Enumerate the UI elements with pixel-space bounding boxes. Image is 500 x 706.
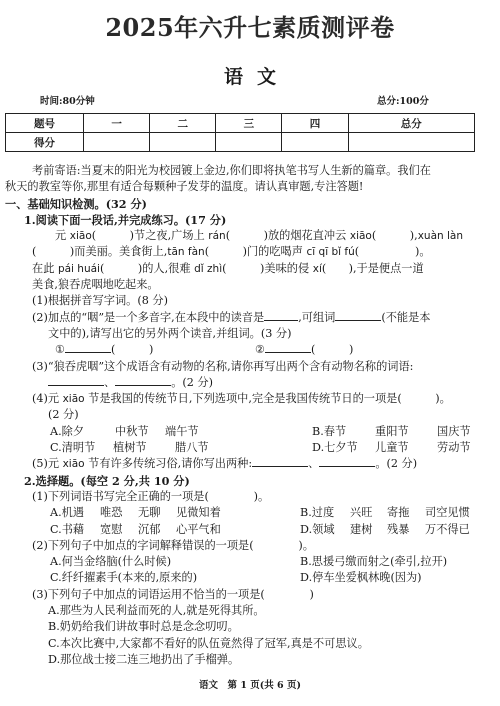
option-b[interactable]: B.过度 bbox=[300, 505, 334, 521]
pinyin: tān fàn bbox=[167, 246, 204, 258]
total-score: 总分:100分 bbox=[377, 93, 429, 107]
exam-title: 2025年六升七素质测评卷 bbox=[0, 8, 500, 43]
score-cell[interactable] bbox=[84, 133, 150, 152]
score-header-cell: 题号 bbox=[6, 114, 84, 133]
score-header-cell: 三 bbox=[216, 114, 282, 133]
option-c[interactable]: C.清明节 bbox=[50, 440, 95, 456]
score-header-cell: 四 bbox=[282, 114, 348, 133]
answer-blank[interactable] bbox=[264, 310, 298, 321]
score-cell[interactable] bbox=[348, 133, 475, 152]
answer-paren[interactable]: ( )放的烟花直冲云 bbox=[226, 229, 350, 242]
pinyin: xiāo bbox=[63, 393, 85, 405]
answer-paren[interactable]: ( ) bbox=[311, 343, 353, 356]
score-cell[interactable] bbox=[150, 133, 216, 152]
pinyin: xuàn làn bbox=[418, 230, 463, 242]
answer-blank[interactable] bbox=[115, 375, 171, 386]
subquestion-4-points: (2 分) bbox=[5, 407, 485, 423]
exam-page: 2025年六升七素质测评卷 语文 时间:80分钟 总分:100分 题号 一 二 … bbox=[0, 0, 500, 706]
option-d[interactable]: D.领域 bbox=[300, 522, 335, 538]
score-table-score-row: 得分 bbox=[6, 133, 475, 152]
option-c[interactable]: C.纤纤擢素手(本来的,原来的) bbox=[50, 570, 197, 586]
option-b[interactable]: B.奶奶给我们讲故事时总是念念叨叨。 bbox=[5, 619, 485, 635]
option-a[interactable]: A.何当金络脑(什么时候) bbox=[50, 554, 171, 570]
page-footer: 语文 第 1 页(共 6 页) bbox=[0, 677, 500, 691]
option-b[interactable]: B.春节 bbox=[312, 424, 346, 440]
answer-paren[interactable]: ( )的人,很难 bbox=[100, 262, 194, 275]
subquestion-2-cont: 文中的),请写出它的另外两个读音,并组词。(3 分) bbox=[5, 326, 485, 342]
answer-paren[interactable]: ( )美味的侵 bbox=[222, 262, 313, 275]
option-d[interactable]: D.那位战士接二连三地扔出了手榴弹。 bbox=[5, 652, 485, 668]
answer-blank[interactable] bbox=[48, 375, 104, 386]
answer-blank[interactable] bbox=[319, 456, 375, 467]
option-d[interactable]: D.七夕节 bbox=[312, 440, 358, 456]
choice-question-1: (1)下列词语书写完全正确的一项是( )。 bbox=[5, 489, 485, 505]
pinyin: rán bbox=[208, 230, 225, 242]
section-heading: 一、基础知识检测。(32 分) bbox=[5, 196, 485, 212]
option-row: C.清明节 植树节 腊八节 D.七夕节 儿童节 劳动节 bbox=[5, 440, 485, 456]
answer-paren[interactable]: ( )门的吃喝声 bbox=[205, 245, 307, 258]
answer-paren[interactable]: ( )节之夜,广场上 bbox=[92, 229, 209, 242]
pinyin: dǐ zhì bbox=[194, 263, 222, 275]
option-a[interactable]: A.机遇 bbox=[50, 505, 84, 521]
option-b[interactable]: B.思援弓缴而射之(牵引,拉开) bbox=[300, 554, 447, 570]
score-cell[interactable] bbox=[216, 133, 282, 152]
answer-paren[interactable]: ( )而美丽。美食街上, bbox=[32, 245, 167, 258]
score-row-label: 得分 bbox=[6, 133, 84, 152]
pinyin: cī qī bǐ fú bbox=[307, 246, 355, 258]
answer-blank[interactable] bbox=[265, 342, 311, 353]
question-heading: 2.选择题。(每空 2 分,共 10 分) bbox=[5, 473, 485, 489]
score-header-cell: 总分 bbox=[348, 114, 475, 133]
subquestion-2: (2)加点的“咽”是一个多音字,在本段中的读音是,可组词(不能是本 bbox=[5, 310, 485, 326]
score-table: 题号 一 二 三 四 总分 得分 bbox=[5, 113, 475, 152]
subquestion-1: (1)根据拼音写字词。(8 分) bbox=[5, 293, 485, 309]
pinyin: pái huái bbox=[58, 263, 100, 275]
option-d[interactable]: D.停车坐爱枫林晚(因为) bbox=[300, 570, 422, 586]
intro-line: 考前寄语:当夏末的阳光为校园镀上金边,你们即将执笔书写人生新的篇章。我们在 bbox=[5, 163, 485, 179]
subject-title: 语文 bbox=[0, 62, 500, 89]
choice-question-2: (2)下列句子中加点的字词解释错误的一项是( )。 bbox=[5, 538, 485, 554]
pinyin: xiāo bbox=[63, 458, 85, 470]
subquestion-3-answers: 、。(2 分) bbox=[5, 375, 485, 391]
pinyin: xiāo bbox=[350, 230, 372, 242]
answer-paren[interactable]: ( ),于是便点一道 bbox=[322, 262, 424, 275]
time-limit: 时间:80分钟 bbox=[40, 93, 95, 107]
subquestion-5: (5)元 xiāo 节有许多传统习俗,请你写出两种:、。(2 分) bbox=[5, 456, 485, 472]
pinyin: xiāo bbox=[70, 230, 92, 242]
option-c[interactable]: C.书藉 bbox=[50, 522, 84, 538]
option-a[interactable]: A.那些为人民利益而死的人,就是死得其所。 bbox=[5, 603, 485, 619]
answer-blank[interactable] bbox=[335, 310, 381, 321]
option-row: C.书藉 宽慰 沉郁 心平气和 D.领域 建树 残暴 万不得已 bbox=[5, 522, 485, 538]
answer-blank[interactable] bbox=[252, 456, 308, 467]
passage-line: 美食,狼吞虎咽地吃起来。 bbox=[5, 277, 485, 293]
score-cell[interactable] bbox=[282, 133, 348, 152]
score-table-header-row: 题号 一 二 三 四 总分 bbox=[6, 114, 475, 133]
subquestion-3: (3)“狼吞虎咽”这个成语含有动物的名称,请你再写出两个含有动物名称的词语: bbox=[5, 359, 485, 375]
intro-line: 秋天的教室等你,那里有适合每颗种子发芽的温度。请认真审题,专注答题! bbox=[5, 179, 485, 195]
answer-paren[interactable]: ( )。 bbox=[355, 245, 431, 258]
passage-line: 在此 pái huái( )的人,很难 dǐ zhì( )美味的侵 xí( ),… bbox=[5, 261, 485, 277]
score-header-cell: 二 bbox=[150, 114, 216, 133]
passage-line: 元 xiāo( )节之夜,广场上 rán( )放的烟花直冲云 xiāo( ),x… bbox=[5, 228, 485, 244]
option-row: A.除夕 中秋节 端午节 B.春节 重阳节 国庆节 bbox=[5, 424, 485, 440]
subquestion-2-answers: ①( ) ②( ) bbox=[5, 342, 485, 358]
exam-body: 考前寄语:当夏末的阳光为校园镀上金边,你们即将执笔书写人生新的篇章。我们在 秋天… bbox=[5, 163, 485, 668]
score-header-cell: 一 bbox=[84, 114, 150, 133]
answer-blank[interactable] bbox=[65, 342, 111, 353]
option-a[interactable]: A.除夕 bbox=[50, 424, 84, 440]
answer-paren[interactable]: ( ) bbox=[111, 343, 153, 356]
choice-question-3: (3)下列句子中加点的词语运用不恰当的一项是( ) bbox=[5, 587, 485, 603]
option-row: C.纤纤擢素手(本来的,原来的) D.停车坐爱枫林晚(因为) bbox=[5, 570, 485, 586]
pinyin: xí bbox=[313, 263, 322, 275]
option-row: A.机遇 唯恐 无聊 见微知着 B.过度 兴旺 寄拖 司空见惯 bbox=[5, 505, 485, 521]
subquestion-4: (4)元 xiāo 节是我国的传统节日,下列选项中,完全是我国传统节日的一项是(… bbox=[5, 391, 485, 407]
passage-line: ( )而美丽。美食街上,tān fàn( )门的吃喝声 cī qī bǐ fú(… bbox=[5, 244, 485, 260]
question-heading: 1.阅读下面一段话,并完成练习。(17 分) bbox=[5, 212, 485, 228]
option-row: A.何当金络脑(什么时候) B.思援弓缴而射之(牵引,拉开) bbox=[5, 554, 485, 570]
answer-paren[interactable]: ( ), bbox=[372, 229, 418, 242]
option-c[interactable]: C.本次比赛中,大家都不看好的队伍竟然得了冠军,真是不可思议。 bbox=[5, 636, 485, 652]
